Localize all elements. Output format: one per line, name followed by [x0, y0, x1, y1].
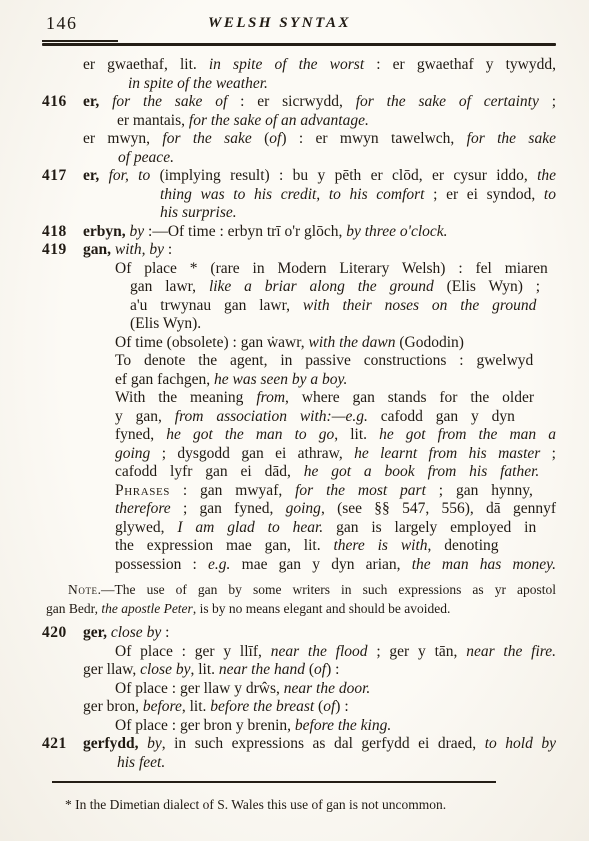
text-line: his surprise.: [160, 204, 589, 223]
text-line: Of time (obsolete) : gan ẇawr, with the …: [115, 334, 589, 353]
text-line: his feet.: [117, 754, 589, 773]
text-line: Of place : ger y llīf, near the flood ; …: [115, 643, 556, 662]
text-line: possession : e.g. mae gan y dyn arian, t…: [115, 556, 556, 575]
text-line: To denote the agent, in passive construc…: [115, 352, 556, 371]
text-line: gan lawr, like a briar along the ground …: [130, 278, 556, 297]
entry-number: 420: [42, 624, 67, 643]
entry-number: 416: [42, 93, 67, 112]
text-line: Of place : ger llaw y drŵs, near the doo…: [115, 680, 589, 699]
text-line: er mwyn, for the sake (of) : er mwyn taw…: [83, 130, 556, 149]
entry-number: 419: [42, 241, 67, 260]
text-line: the expression mae gan, lit. there is wi…: [115, 537, 556, 556]
entry-number: 418: [42, 223, 67, 242]
footnote: * In the Dimetian dialect of S. Wales th…: [0, 796, 589, 815]
body-text: er gwaethaf, lit. in spite of the worst …: [0, 56, 589, 772]
text-line: gan Bedr, the apostle Peter, is by no me…: [46, 600, 589, 619]
text-line: * In the Dimetian dialect of S. Wales th…: [65, 796, 589, 815]
text-line: Of place * (rare in Modern Literary Wels…: [115, 260, 556, 279]
text-line: With the meaning from, where gan stands …: [115, 389, 556, 408]
text-line: 416er, for the sake of : er sicrwydd, fo…: [83, 93, 556, 112]
text-line: ger llaw, close by, lit. near the hand (…: [83, 661, 589, 680]
text-line: er mantais, for the sake of an advantage…: [117, 112, 589, 131]
text-line: y gan, from association with:—e.g. cafod…: [115, 408, 556, 427]
text-line: 419gan, with, by :: [83, 241, 589, 260]
page-header: 146 WELSH SYNTAX: [0, 8, 589, 38]
text-line: 417er, for, to (implying result) : bu y …: [83, 167, 556, 186]
header-rule: [42, 43, 556, 46]
running-title: WELSH SYNTAX: [0, 15, 559, 32]
text-line: Note.—The use of gan by some writers in …: [68, 581, 556, 600]
text-line: going ; dysgodd gan ei athraw, he learnt…: [115, 445, 556, 464]
text-line: Of place : ger bron y brenin, before the…: [115, 717, 589, 736]
text-line: (Elis Wyn).: [130, 315, 589, 334]
header-rule-short: [42, 40, 118, 42]
text-line: of peace.: [118, 149, 589, 168]
text-line: a'u trwynau gan lawr, with their noses o…: [130, 297, 556, 316]
entry-number: 421: [42, 735, 67, 754]
text-line: glywed, I am glad to hear. gan is largel…: [115, 519, 556, 538]
text-line: thing was to his credit, to his comfort …: [160, 186, 556, 205]
text-line: er gwaethaf, lit. in spite of the worst …: [83, 56, 556, 75]
text-line: 421gerfydd, by, in such expressions as d…: [83, 735, 556, 754]
footnote-rule: [52, 781, 496, 783]
entry-number: 417: [42, 167, 67, 186]
text-line: cafodd lyfr gan ei dād, he got a book fr…: [115, 463, 556, 482]
text-line: Phrases : gan mwyaf, for the most part ;…: [115, 482, 556, 501]
text-line: ef gan fachgen, he was seen by a boy.: [115, 371, 589, 390]
text-line: in spite of the weather.: [128, 75, 589, 94]
book-page: 146 WELSH SYNTAX er gwaethaf, lit. in sp…: [0, 0, 589, 841]
text-line: therefore ; gan fyned, going, (see §§ 54…: [115, 500, 556, 519]
text-line: fyned, he got the man to go, lit. he got…: [115, 426, 556, 445]
text-line: 420ger, close by :: [83, 624, 589, 643]
text-line: ger bron, before, lit. before the breast…: [83, 698, 589, 717]
text-line: 418erbyn, by :—Of time : erbyn trī o'r g…: [83, 223, 589, 242]
